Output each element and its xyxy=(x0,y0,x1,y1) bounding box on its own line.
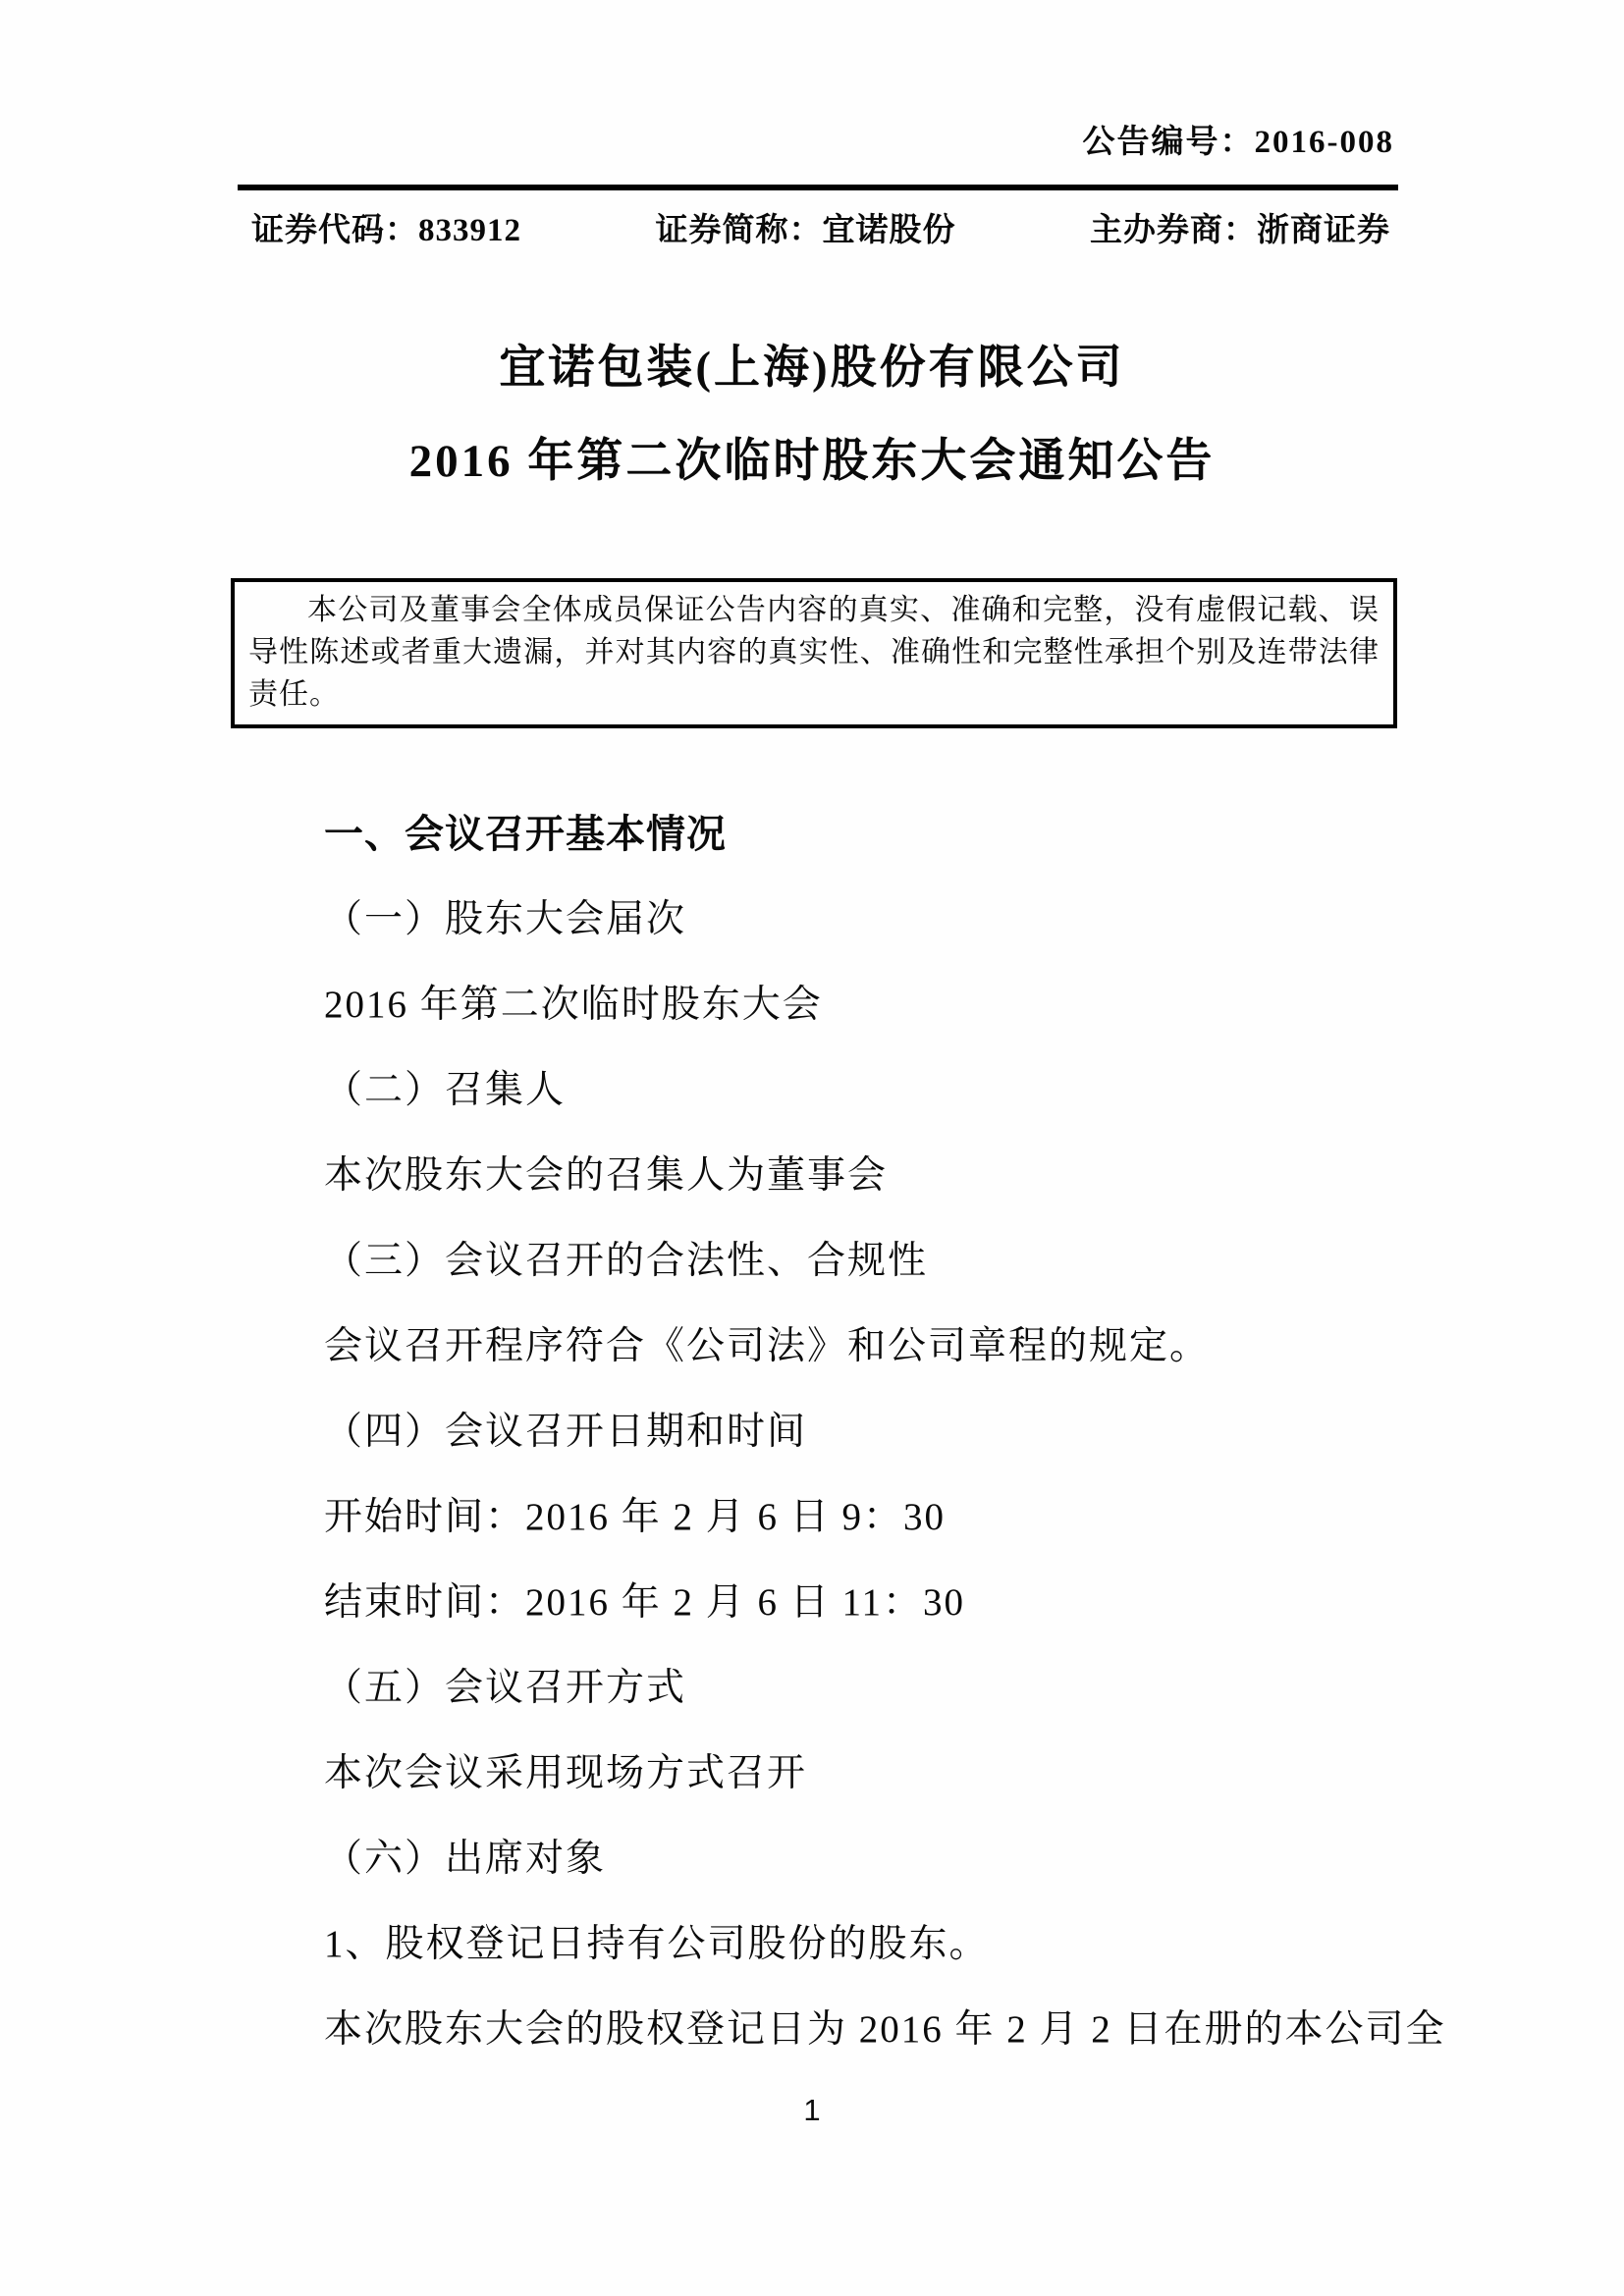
sponsor-broker: 主办券商：浙商证券 xyxy=(1090,204,1390,250)
page-number: 1 xyxy=(0,2093,1624,2128)
body-line: （二）召集人 xyxy=(324,1047,1420,1133)
body-line: （三）会议召开的合法性、合规性 xyxy=(324,1218,1420,1304)
title-line-company: 宜诺包装(上海)股份有限公司 xyxy=(0,322,1624,415)
body-line: （四）会议召开日期和时间 xyxy=(324,1389,1420,1474)
document-page: 公告编号：2016-008 证券代码：833912 证券简称：宜诺股份 主办券商… xyxy=(0,0,1624,2296)
body-line: 开始时间：2016 年 2 月 6 日 9：30 xyxy=(324,1474,1420,1560)
body-line: （六）出席对象 xyxy=(324,1816,1420,1901)
body-content: 一、会议召开基本情况 （一）股东大会届次 2016 年第二次临时股东大会 （二）… xyxy=(324,791,1420,2072)
body-line: 本次会议采用现场方式召开 xyxy=(324,1731,1420,1816)
body-line: （五）会议召开方式 xyxy=(324,1645,1420,1731)
document-title: 宜诺包装(上海)股份有限公司 2016 年第二次临时股东大会通知公告 xyxy=(0,322,1624,508)
body-line: 本次股东大会的股权登记日为 2016 年 2 月 2 日在册的本公司全 xyxy=(324,1987,1420,2072)
securities-short-name: 证券简称：宜诺股份 xyxy=(656,204,956,250)
securities-header-row: 证券代码：833912 证券简称：宜诺股份 主办券商：浙商证券 xyxy=(251,204,1390,250)
body-line: 本次股东大会的召集人为董事会 xyxy=(324,1133,1420,1218)
announcement-number: 公告编号：2016-008 xyxy=(1083,116,1395,162)
title-line-meeting: 2016 年第二次临时股东大会通知公告 xyxy=(0,415,1624,508)
body-line: 1、股权登记日持有公司股份的股东。 xyxy=(324,1901,1420,1987)
disclaimer-text: 本公司及董事会全体成员保证公告内容的真实、准确和完整，没有虚假记载、误导性陈述或… xyxy=(248,589,1380,716)
body-line: （一）股东大会届次 xyxy=(324,877,1420,962)
section-heading: 一、会议召开基本情况 xyxy=(324,791,1420,877)
header-divider-rule xyxy=(238,185,1398,190)
body-line: 结束时间：2016 年 2 月 6 日 11：30 xyxy=(324,1560,1420,1645)
disclaimer-box: 本公司及董事会全体成员保证公告内容的真实、准确和完整，没有虚假记载、误导性陈述或… xyxy=(231,578,1397,728)
body-line: 会议召开程序符合《公司法》和公司章程的规定。 xyxy=(324,1304,1420,1389)
securities-code: 证券代码：833912 xyxy=(251,204,521,250)
body-line: 2016 年第二次临时股东大会 xyxy=(324,962,1420,1047)
